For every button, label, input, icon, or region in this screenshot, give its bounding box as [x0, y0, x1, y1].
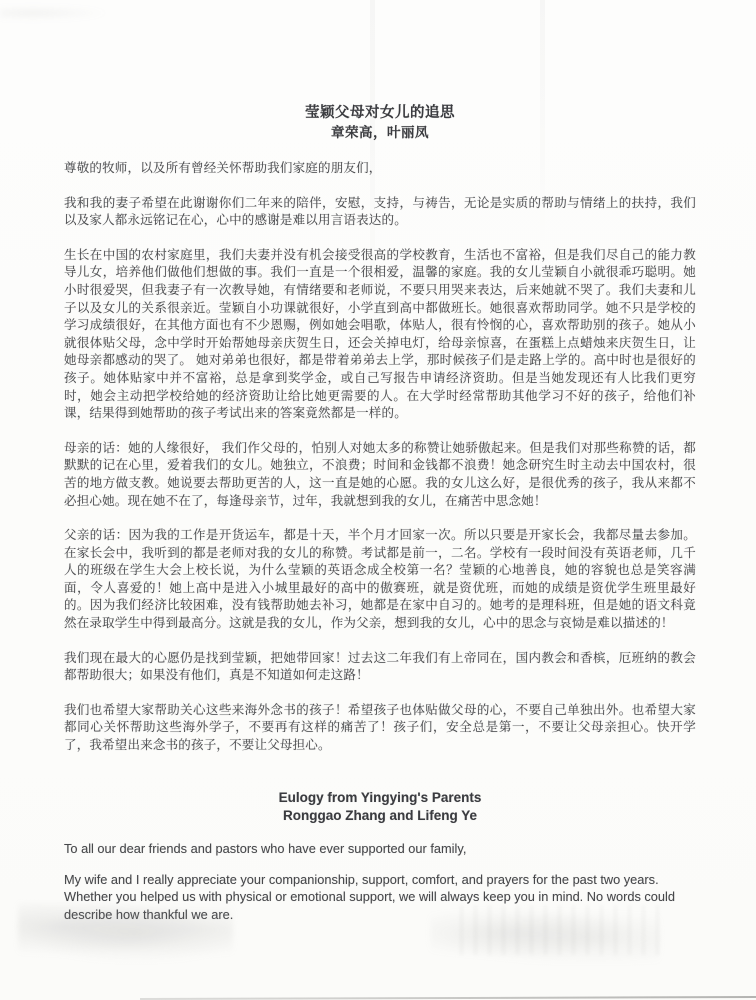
chinese-paragraph-wish: 我们现在最大的心愿仍是找到莹颖，把她带回家！过去这二年我们有上帝同在，国内教会和… [64, 650, 696, 685]
english-salutation: To all our dear friends and pastors who … [64, 840, 696, 857]
english-body: To all our dear friends and pastors who … [64, 840, 696, 924]
chinese-paragraph-closing: 我们也希望大家帮助关心这些来海外念书的孩子！希望孩子也体贴做父母的心，不要自己单… [64, 702, 696, 755]
document-page: 莹颖父母对女儿的追思 章荣高，叶丽凤 尊敬的牧师，以及所有曾经关怀帮助我们家庭的… [0, 0, 756, 1000]
english-authors: Ronggao Zhang and Lifeng Ye [64, 807, 696, 826]
scan-edge-line-artifact [140, 996, 756, 1000]
english-heading-block: Eulogy from Yingying's Parents Ronggao Z… [64, 789, 696, 826]
chinese-salutation: 尊敬的牧师，以及所有曾经关怀帮助我们家庭的朋友们， [64, 160, 696, 178]
chinese-paragraph-mother: 母亲的话：她的人缘很好， 我们作父母的，怕别人对她太多的称赞让她骄傲起来。但是我… [64, 440, 696, 510]
chinese-heading-block: 莹颖父母对女儿的追思 章荣高，叶丽凤 [64, 104, 696, 142]
chinese-paragraph-thanks: 我和我的妻子希望在此谢谢你们二年来的陪伴，安慰，支持，与祷告，无论是实质的帮助与… [64, 195, 696, 230]
chinese-paragraph-father: 父亲的话：因为我的工作是开货运车，都是十天，半个月才回家一次。所以只要是开家长会… [64, 527, 696, 633]
chinese-body: 尊敬的牧师，以及所有曾经关怀帮助我们家庭的朋友们， 我和我的妻子希望在此谢谢你们… [64, 160, 696, 755]
english-title: Eulogy from Yingying's Parents [64, 789, 696, 808]
scan-ghost-artifact-top [0, 6, 110, 20]
english-paragraph-thanks: My wife and I really appreciate your com… [64, 871, 696, 923]
chinese-title: 莹颖父母对女儿的追思 [64, 104, 696, 123]
chinese-authors: 章荣高，叶丽凤 [64, 123, 696, 142]
document-content: 莹颖父母对女儿的追思 章荣高，叶丽凤 尊敬的牧师，以及所有曾经关怀帮助我们家庭的… [64, 104, 696, 938]
chinese-paragraph-family: 生长在中国的农村家庭里，我们夫妻并没有机会接受很高的学校教育，生活也不富裕，但是… [64, 247, 696, 423]
